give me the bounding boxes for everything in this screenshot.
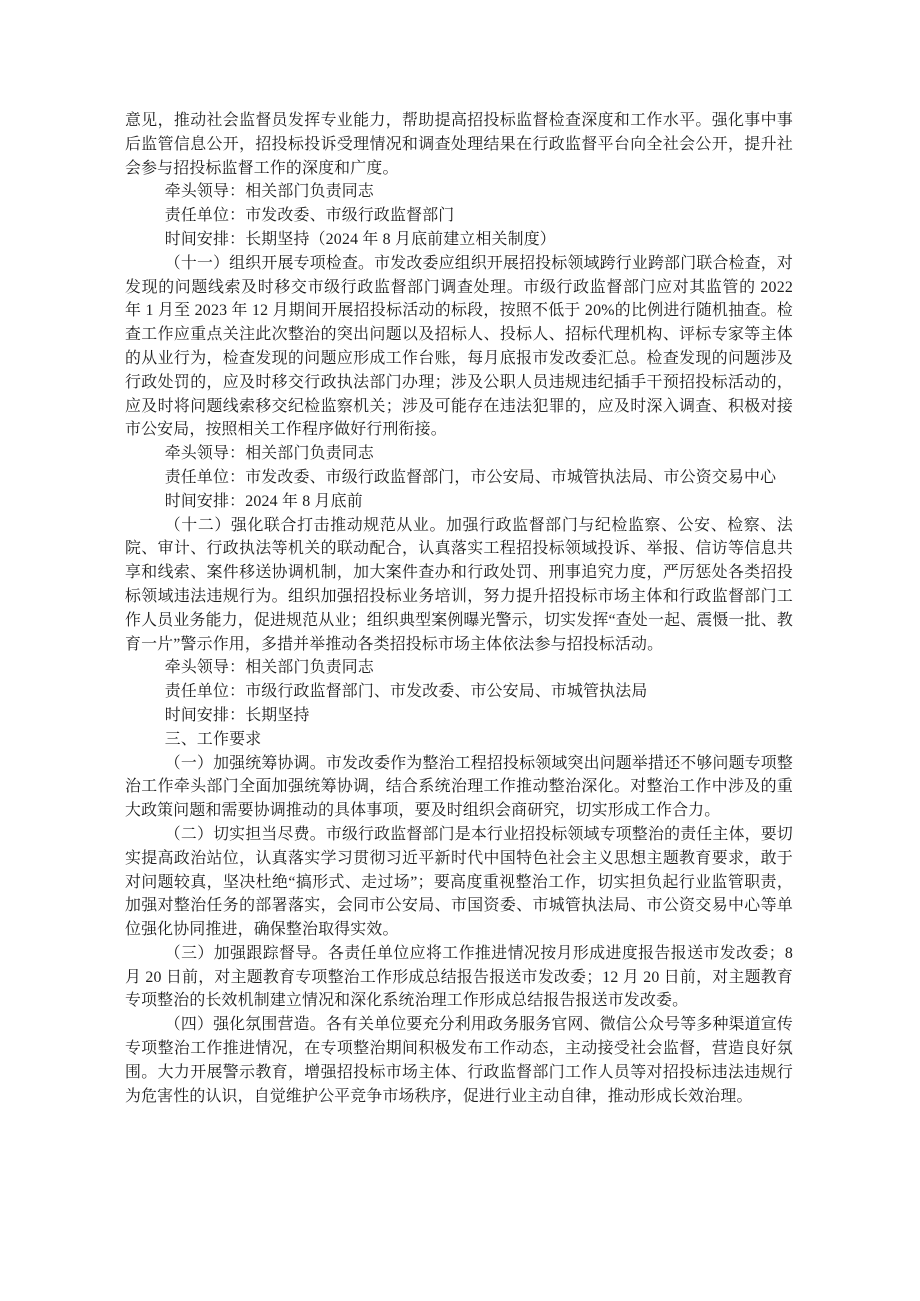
para-responsible-unit-1: 责任单位：市发改委、市级行政监督部门: [125, 204, 793, 228]
para-req-4-atmosphere: （四）强化氛围营造。各有关单位要充分利用政务服务官网、微信公众号等多种渠道宣传专…: [125, 1013, 793, 1108]
para-lead-leader-2: 牵头领导：相关部门负责同志: [125, 442, 793, 466]
para-continuation: 意见，推动社会监督员发挥专业能力，帮助提高招投标监督检查深度和工作水平。强化事中…: [125, 109, 793, 180]
para-req-1-coordination: （一）加强统筹协调。市发改委作为整治工程招投标领域突出问题举措还不够问题专项整治…: [125, 752, 793, 823]
para-schedule-3: 时间安排：长期坚持: [125, 704, 793, 728]
document-page: 意见，推动社会监督员发挥专业能力，帮助提高招投标监督检查深度和工作水平。强化事中…: [0, 0, 920, 1301]
para-responsible-unit-2: 责任单位：市发改委、市级行政监督部门，市公安局、市城管执法局、市公资交易中心: [125, 466, 793, 490]
para-item-11-special-inspection: （十一）组织开展专项检查。市发改委应组织开展招投标领域跨行业跨部门联合检查，对发…: [125, 252, 793, 442]
para-schedule-1: 时间安排：长期坚持（2024 年 8 月底前建立相关制度）: [125, 228, 793, 252]
para-schedule-2: 时间安排：2024 年 8 月底前: [125, 490, 793, 514]
para-lead-leader-3: 牵头领导：相关部门负责同志: [125, 656, 793, 680]
document-body: 意见，推动社会监督员发挥专业能力，帮助提高招投标监督检查深度和工作水平。强化事中…: [125, 109, 793, 1108]
para-item-12-joint-crackdown: （十二）强化联合打击推动规范从业。加强行政监督部门与纪检监察、公安、检察、法院、…: [125, 514, 793, 657]
para-req-3-tracking-supervision: （三）加强跟踪督导。各责任单位应将工作推进情况按月形成进度报告报送市发改委；8 …: [125, 942, 793, 1013]
para-section-3-work-requirements: 三、工作要求: [125, 728, 793, 752]
para-req-2-responsibility: （二）切实担当尽费。市级行政监督部门是本行业招投标领域专项整治的责任主体，要切实…: [125, 823, 793, 942]
para-responsible-unit-3: 责任单位：市级行政监督部门、市发改委、市公安局、市城管执法局: [125, 680, 793, 704]
para-lead-leader-1: 牵头领导：相关部门负责同志: [125, 180, 793, 204]
